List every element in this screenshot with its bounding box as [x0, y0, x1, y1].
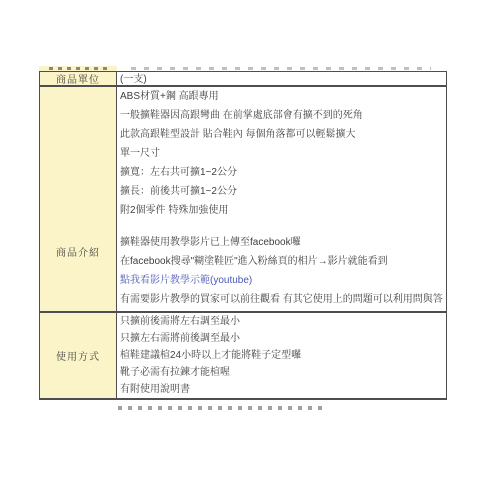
table-row-usage: 使用方式 只擴前後需將左右調至最小只擴左右需將前後調至最小楦鞋建議楦24小時以上…: [40, 313, 446, 399]
text-line: 有附使用說明書: [120, 381, 446, 398]
youtube-tutorial-link[interactable]: 點我看影片教學示範(youtube): [120, 271, 446, 290]
row-label-cell: 使用方式: [40, 313, 117, 398]
clipped-text-fragment: [131, 67, 431, 70]
row-label-introduction: 商品介紹: [40, 244, 116, 259]
row-label-unit: 商品單位: [56, 71, 100, 86]
text-line: 只擴左右需將前後調至最小: [120, 330, 446, 347]
text-line: ABS材質+鋼 高跟專用: [120, 87, 446, 106]
text-line: 附2個零件 特殊加強使用: [120, 201, 446, 220]
text-line: 在facebook搜尋"糊塗鞋匠"進入粉絲頁的相片→影片就能看到: [120, 252, 446, 271]
table-row-introduction: 商品介紹 ABS材質+鋼 高跟專用一般擴鞋器因高跟彎曲 在前掌處底部會有擴不到的…: [40, 87, 446, 313]
text-line: 擴鞋器使用教學影片已上傳至facebook囉: [120, 233, 446, 252]
text-line: 擴長：前後共可擴1~2公分: [120, 182, 446, 201]
row-label-cell: 商品單位: [40, 72, 117, 85]
clipped-row-below: [118, 406, 323, 410]
clipped-text-fragment: [49, 67, 107, 70]
row-content-introduction: ABS材質+鋼 高跟專用一般擴鞋器因高跟彎曲 在前掌處底部會有擴不到的死角此款高…: [117, 87, 446, 311]
row-content-usage: 只擴前後需將左右調至最小只擴左右需將前後調至最小楦鞋建議楦24小時以上才能將鞋子…: [117, 313, 446, 398]
page: 商品單位 (一支) 商品介紹 ABS材質+鋼 高跟專用一般擴鞋器因高跟彎曲 在前…: [0, 0, 480, 480]
table-row-unit: 商品單位 (一支): [40, 72, 446, 87]
text-line: 此款高跟鞋型設計 貼合鞋內 每個角落都可以輕鬆擴大: [120, 125, 446, 144]
text-line: 一般擴鞋器因高跟彎曲 在前掌處底部會有擴不到的死角: [120, 106, 446, 125]
text-line: 有需要影片教學的買家可以前往觀看 有其它使用上的問題可以利用問與答: [120, 290, 446, 309]
row-label-cell: 商品介紹: [40, 87, 117, 311]
text-line: 靴子必需有拉鍊才能楦喔: [120, 364, 446, 381]
text-line: (一支): [120, 72, 446, 85]
text-line: 楦鞋建議楦24小時以上才能將鞋子定型囉: [120, 347, 446, 364]
row-label-usage: 使用方式: [56, 348, 100, 363]
product-description-table: 商品單位 (一支) 商品介紹 ABS材質+鋼 高跟專用一般擴鞋器因高跟彎曲 在前…: [39, 71, 447, 400]
text-line: 擴寬：左右共可擴1~2公分: [120, 163, 446, 182]
text-line: 只擴前後需將左右調至最小: [120, 313, 446, 330]
row-content-unit: (一支): [117, 72, 446, 85]
blank-line: [120, 220, 446, 233]
text-line: 單一尺寸: [120, 144, 446, 163]
